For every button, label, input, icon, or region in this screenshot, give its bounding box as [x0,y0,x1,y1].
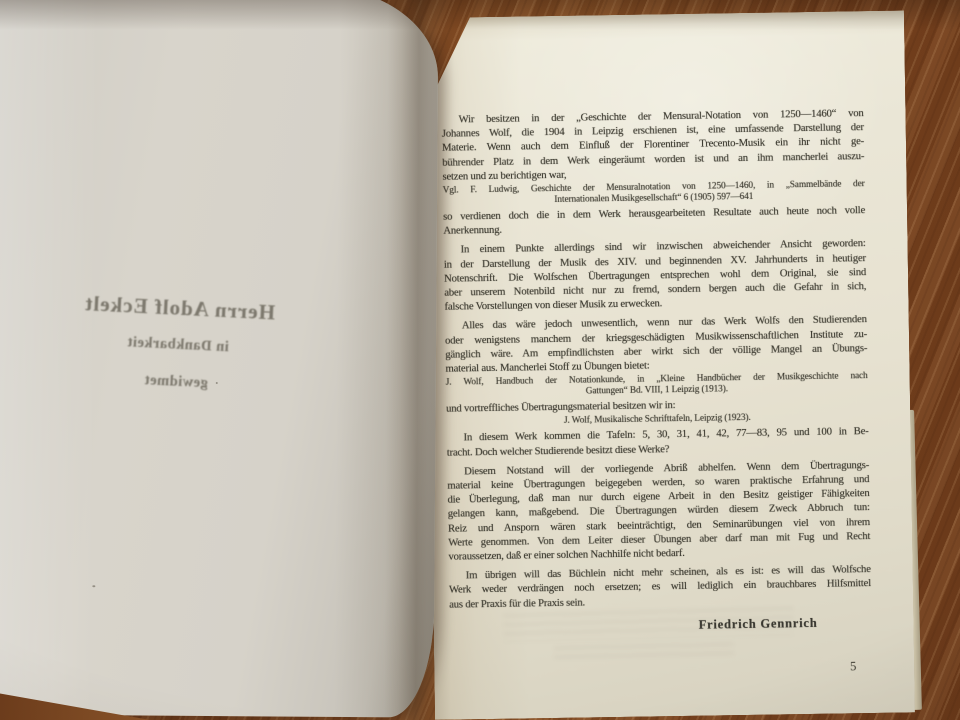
paragraph-block: so verdienen doch die in dem Werk heraus… [443,203,865,238]
paragraph-block: In einem Punkte allerdings sind wir inzw… [444,237,867,315]
bleed-through-smudge [554,643,734,659]
paragraph-block: Alles das wäre jedoch unwesentlich, wenn… [445,313,868,376]
paragraph-block: Wir besitzen in der „Geschichte der Mens… [441,106,864,184]
paper-speck [92,585,95,587]
dedication-line-3: gewidmet [46,367,307,397]
paper-speck [216,382,218,384]
right-page: Wir besitzen in der „Geschichte der Mens… [424,10,915,719]
paragraph-block: In diesem Werk kommen die Tafeln: 5, 30,… [446,425,868,460]
text-blocks: Wir besitzen in der „Geschichte der Mens… [441,106,871,611]
book-photo: Wir besitzen in der „Geschichte der Mens… [0,0,960,720]
author-signature: Friedrich Gennrich [449,615,871,637]
page-number: 5 [841,659,865,674]
text-column: Wir besitzen in der „Geschichte der Mens… [441,105,871,636]
paragraph-block: Diesem Notstand will der vorliegende Abr… [447,458,871,564]
mirrored-dedication-text: Herrn Adolf Eckelt in Dankbarkeit gewidm… [46,289,310,397]
left-page: Herrn Adolf Eckelt in Dankbarkeit gewidm… [0,0,439,718]
dedication-line-2: in Dankbarkeit [48,330,309,360]
dedication-line-1: Herrn Adolf Eckelt [49,289,310,327]
paragraph-block: Im übrigen will das Büchlein nicht mehr … [449,562,872,611]
